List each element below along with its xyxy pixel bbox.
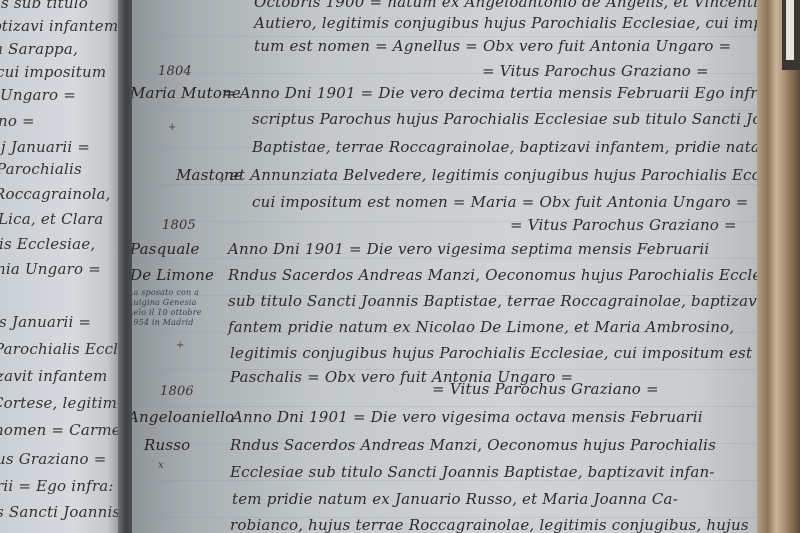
annotation-line: Lelo il 10 ottobre: [132, 308, 202, 318]
left-line: zavit infantem: [0, 367, 107, 385]
left-line: us Graziano =: [0, 450, 107, 468]
left-line: Roccagrainola,: [0, 185, 111, 203]
right-page: Octobris 1900 = natum ex Angeloantonio d…: [132, 0, 757, 533]
left-line: no =: [0, 112, 35, 130]
page-edges: [757, 0, 800, 533]
entry-line: , et Annunziata Belvedere, legitimis con…: [220, 166, 757, 184]
register-book: is sub titulo ptizavi infantem a Sarappa…: [0, 0, 800, 533]
loose-sheet: [786, 0, 794, 60]
entry-line: Rndus Sacerdos Andreas Manzi, Oeconomus …: [230, 436, 716, 454]
entry-line: Rndus Sacerdos Andreas Manzi, Oeconomus …: [228, 266, 757, 284]
entry-line: = Anno Dni 1901 = Die vero decima tertia…: [222, 84, 757, 102]
entry-signature: = Vitus Parochus Graziano =: [510, 216, 737, 234]
left-line: a Sarappa,: [0, 40, 78, 58]
margin-mark: +: [168, 122, 177, 133]
annotation-line: Luigina Genesia: [132, 298, 202, 308]
entry-line: sub titulo Sancti Joannis Baptistae, ter…: [228, 292, 757, 310]
left-line: cui impositum: [0, 63, 106, 81]
entry-surname: Russo: [144, 436, 190, 454]
left-line: s Sancti Joannis: [0, 503, 120, 521]
margin-mark: +: [176, 340, 185, 351]
margin-mark: x: [158, 460, 164, 471]
margin-annotation: La sposato con a Luigina Genesia Lelo il…: [132, 288, 202, 328]
entry-number: 1805: [162, 218, 196, 233]
left-line: nomen = Carmelus: [0, 421, 122, 439]
left-line: Cortese, legitimis: [0, 394, 122, 412]
entry-number: 1804: [158, 64, 192, 79]
left-line: rii = Ego infra:: [0, 477, 114, 495]
header-line: Octobris 1900 = natum ex Angeloantonio d…: [254, 0, 757, 11]
entry-number: 1806: [160, 384, 194, 399]
left-line: Ungaro =: [0, 86, 76, 104]
entry-line: robianco, hujus terrae Roccagrainolae, l…: [230, 516, 749, 533]
annotation-line: La sposato con a: [132, 288, 202, 298]
header-line: tum est nomen = Agnellus = Obx vero fuit…: [254, 37, 731, 55]
entry-name: Pasquale: [132, 240, 200, 258]
annotation-line: 1954 in Madrid: [132, 318, 202, 328]
entry-line: legitimis conjugibus hujus Parochialis E…: [230, 344, 757, 362]
left-line: ij Januarii =: [0, 138, 90, 156]
left-line: is sub titulo: [0, 0, 88, 12]
entry-line: Baptistae, terrae Roccagrainolae, baptiz…: [252, 138, 757, 156]
entry-line: Anno Dni 1901 = Die vero vigesima octava…: [232, 408, 703, 426]
header-signature: = Vitus Parochus Graziano =: [482, 62, 709, 80]
left-page: is sub titulo ptizavi infantem a Sarappa…: [0, 0, 122, 533]
left-line: nia Ungaro =: [0, 260, 101, 278]
left-line: Parochialis: [0, 160, 82, 178]
entry-name: Angeloaniello: [132, 408, 234, 426]
entry-surname: De Limone: [132, 266, 214, 284]
entry-line: fantem pridie natum ex Nicolao De Limone…: [228, 318, 734, 336]
header-line: Autiero, legitimis conjugibus hujus Paro…: [254, 14, 757, 32]
left-line: is Januarii =: [0, 313, 91, 331]
left-line: ptizavi infantem: [0, 17, 118, 35]
left-line: Lica, et Clara: [0, 210, 103, 228]
entry-signature: = Vitus Parochus Graziano =: [432, 380, 659, 398]
left-line: lis Ecclesiae,: [0, 235, 95, 253]
left-line: Parochialis Ecclesiae: [0, 340, 122, 358]
entry-line: tem pridie natum ex Januario Russo, et M…: [232, 490, 678, 508]
entry-line: cui impositum est nomen = Maria = Obx fu…: [252, 193, 749, 211]
entry-line: Ecclesiae sub titulo Sancti Joannis Bapt…: [230, 463, 715, 481]
entry-line: Anno Dni 1901 = Die vero vigesima septim…: [228, 240, 709, 258]
entry-line: scriptus Parochus hujus Parochialis Eccl…: [252, 110, 757, 128]
